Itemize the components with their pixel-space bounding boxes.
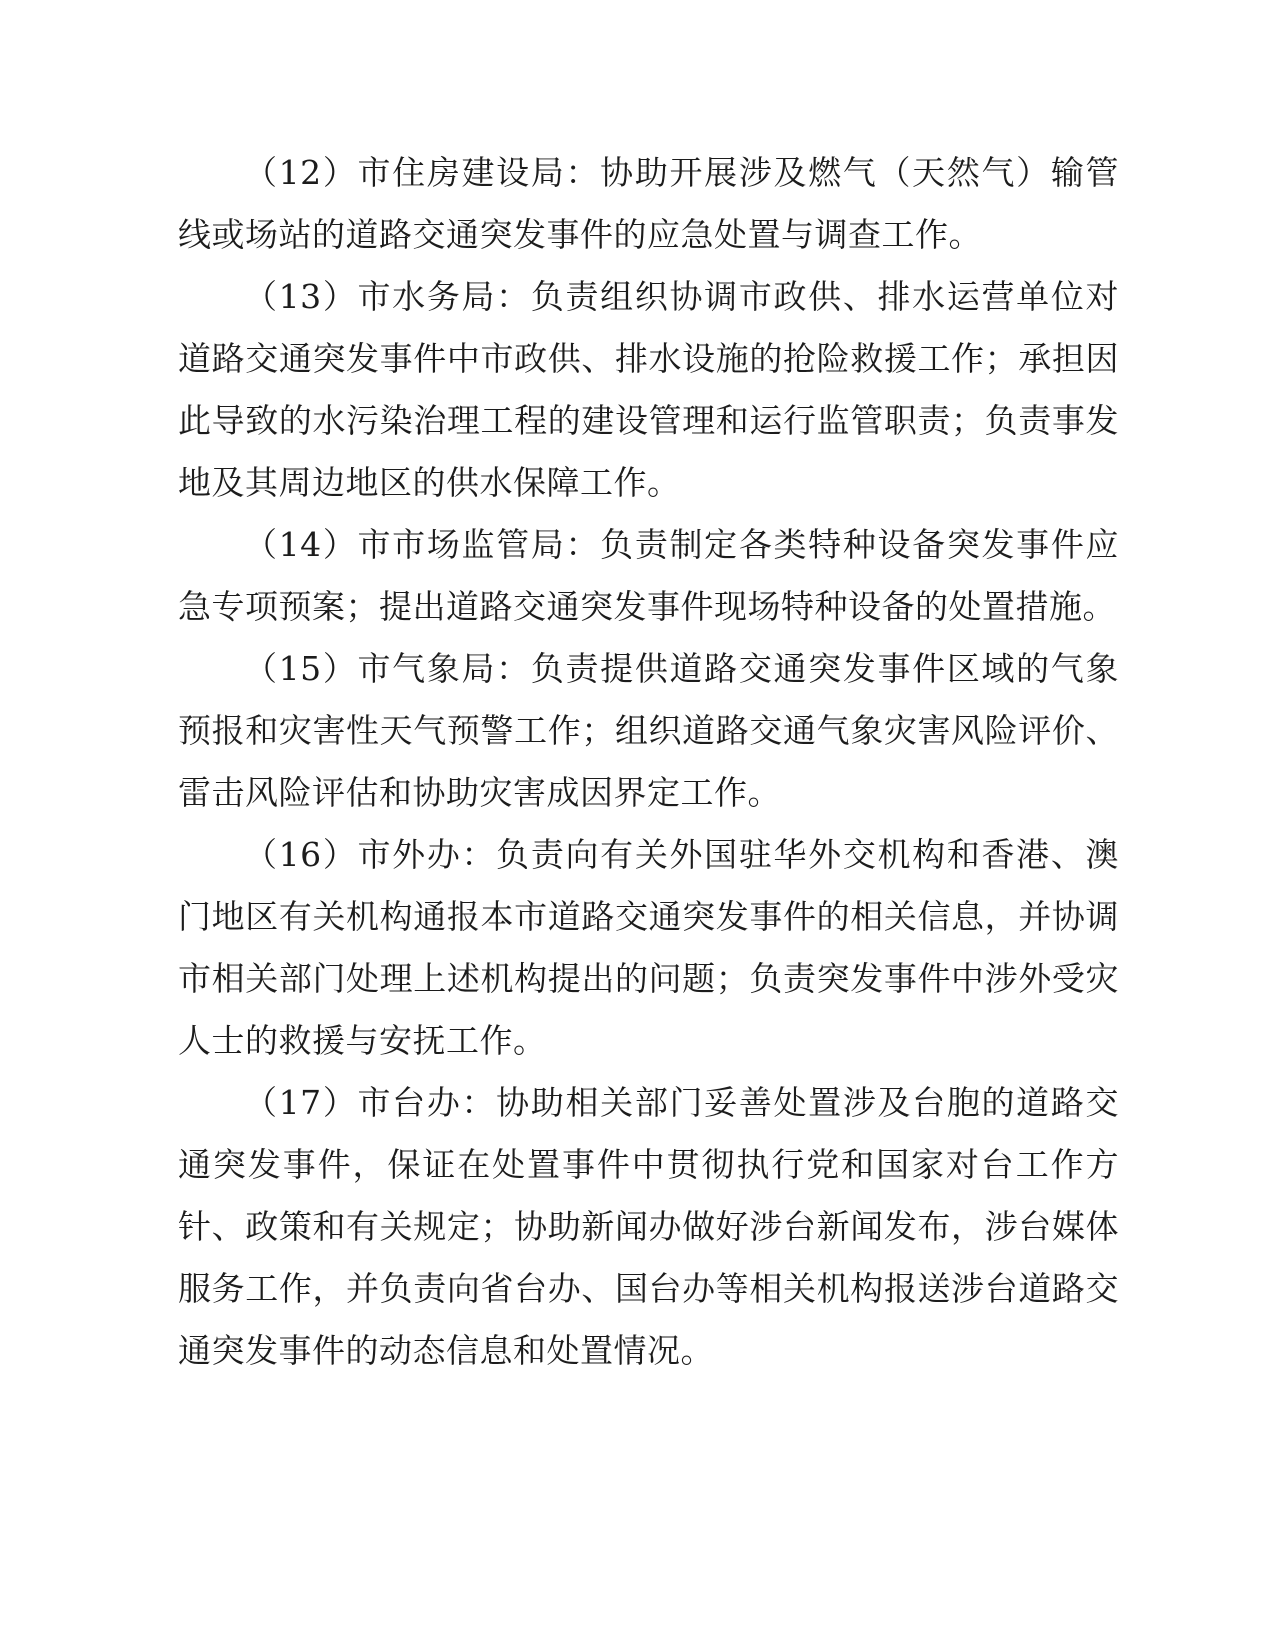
paragraph-item-17: （17）市台办：协助相关部门妥善处置涉及台胞的道路交通突发事件，保证在处置事件中…: [178, 1072, 1119, 1382]
paragraph-item-13: （13）市水务局：负责组织协调市政供、排水运营单位对道路交通突发事件中市政供、排…: [178, 266, 1119, 514]
paragraph-item-16: （16）市外办：负责向有关外国驻华外交机构和香港、澳门地区有关机构通报本市道路交…: [178, 824, 1119, 1072]
document-page: （12）市住房建设局：协助开展涉及燃气（天然气）输管线或场站的道路交通突发事件的…: [0, 0, 1275, 1650]
paragraph-item-15: （15）市气象局：负责提供道路交通突发事件区域的气象预报和灾害性天气预警工作；组…: [178, 638, 1119, 824]
paragraph-item-12: （12）市住房建设局：协助开展涉及燃气（天然气）输管线或场站的道路交通突发事件的…: [178, 142, 1119, 266]
paragraph-item-14: （14）市市场监管局：负责制定各类特种设备突发事件应急专项预案；提出道路交通突发…: [178, 514, 1119, 638]
document-body: （12）市住房建设局：协助开展涉及燃气（天然气）输管线或场站的道路交通突发事件的…: [178, 142, 1119, 1382]
